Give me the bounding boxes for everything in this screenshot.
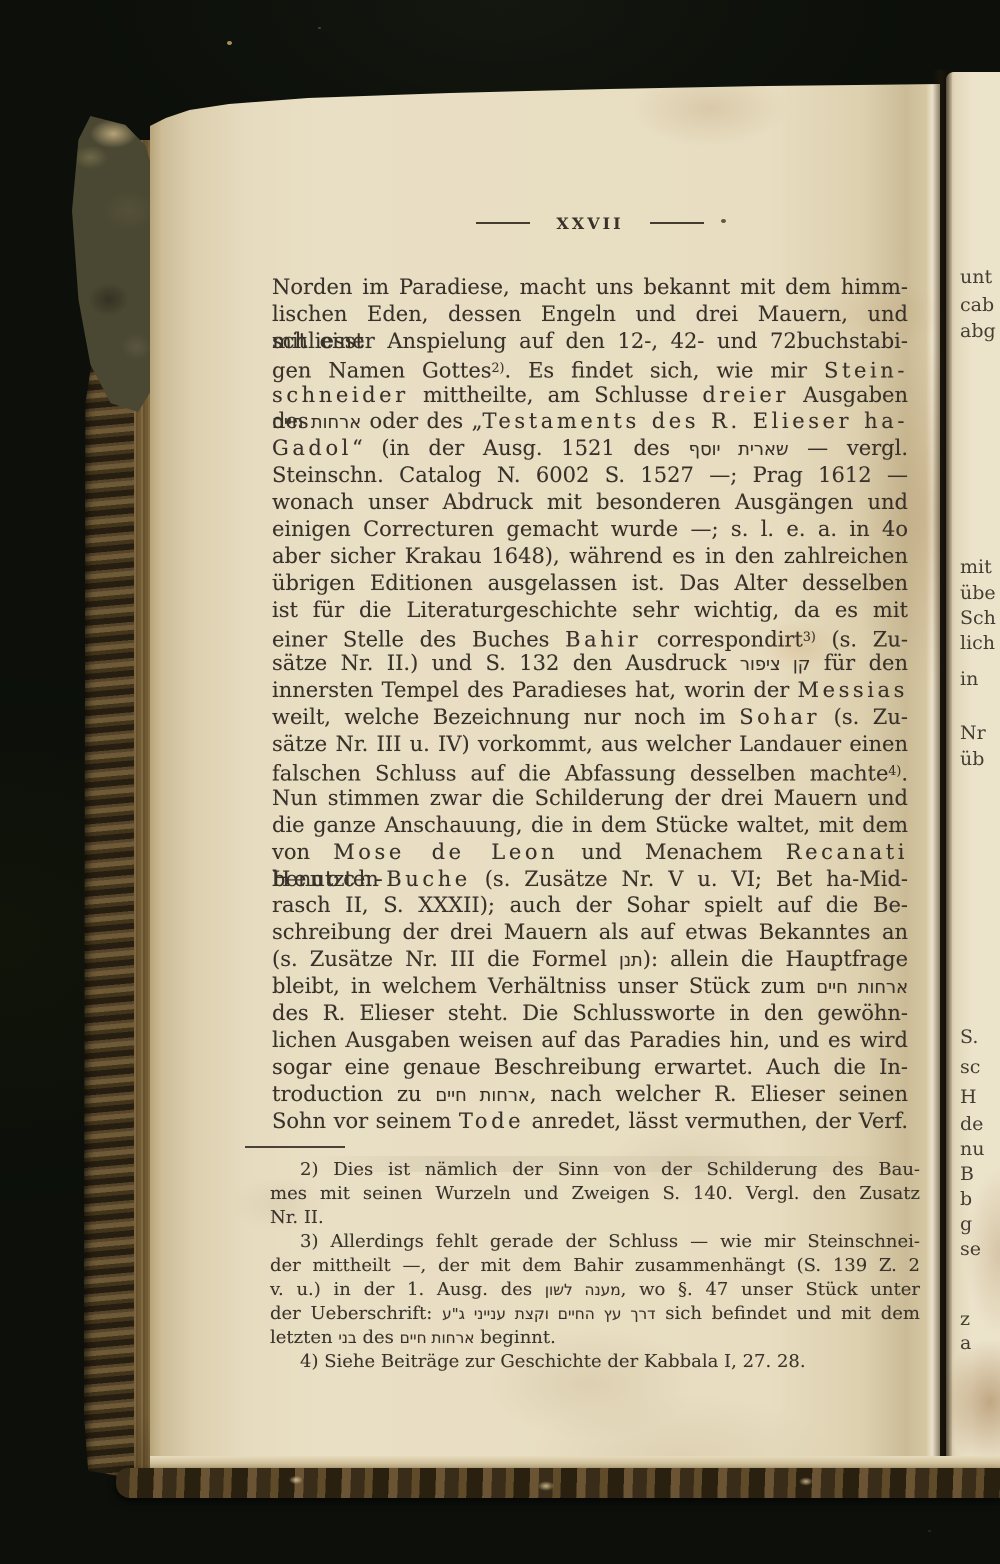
- text-line: aber sicher Krakau 1648), während es in …: [272, 543, 908, 570]
- hebrew-text: בני: [338, 1329, 356, 1347]
- adjacent-page-text-fragment: z: [960, 1308, 970, 1330]
- text-line: Gadol“ (in der Ausg. 1521 des שארית יוסף…: [272, 435, 908, 462]
- text-segment: der mittheilt —, der mit dem Bahir zusam…: [270, 1255, 920, 1276]
- text-segment: innersten Tempel des Paradieses hat, wor…: [272, 678, 798, 702]
- text-line: Henoch-Buche (s. Zusätze Nr. V u. VI; Be…: [272, 866, 908, 893]
- text-segment: schneider: [272, 383, 409, 407]
- adjacent-page-text-fragment: b: [960, 1188, 972, 1210]
- book-page: XXVII Norden im Paradiese, macht uns bek…: [150, 84, 940, 1468]
- text-segment: Mose de Leon: [333, 840, 558, 864]
- text-line: Nun stimmen zwar die Schilderung der dre…: [272, 785, 908, 812]
- text-segment: von: [272, 840, 333, 864]
- text-segment: . Es findet sich, wie mir: [504, 358, 824, 382]
- text-segment: oder des „: [361, 409, 482, 433]
- adjacent-page-text-fragment: se: [960, 1238, 981, 1260]
- text-line: mit einer Anspielung auf den 12-, 42- un…: [272, 328, 908, 355]
- text-segment: lichen Ausgaben weisen auf das Paradies …: [272, 1028, 908, 1052]
- page-gutter-shadow: [932, 70, 952, 1472]
- text-segment: der Ueberschrift:: [270, 1303, 442, 1324]
- text-line: einer Stelle des Buches Bahir correspond…: [272, 624, 908, 651]
- text-line: ist für die Literaturgeschichte sehr wic…: [272, 597, 908, 624]
- text-segment: einigen Correcturen gemacht wurde —; s. …: [272, 517, 908, 541]
- footnote-marker: 2): [492, 360, 505, 375]
- text-segment: .: [901, 762, 908, 786]
- hebrew-text: תנן: [619, 950, 643, 971]
- adjacent-page-sliver: untcababgmitübeSchlichinNrübS.scHdenuBbg…: [946, 72, 1000, 1472]
- text-line: die ganze Anschauung, die in dem Stücke …: [272, 812, 908, 839]
- text-line: einigen Correcturen gemacht wurde —; s. …: [272, 516, 908, 543]
- text-segment: 4) Siehe Beiträge zur Geschichte der Kab…: [300, 1351, 806, 1372]
- text-segment: sätze Nr. II.) und S. 132 den Ausdruck: [272, 651, 740, 675]
- page-number: XXVII: [556, 214, 623, 233]
- adjacent-page-text-fragment: H: [960, 1086, 977, 1108]
- text-line: weilt, welche Bezeichnung nur noch im So…: [272, 704, 908, 731]
- text-segment: Gadol: [272, 436, 352, 460]
- text-segment: für den: [810, 651, 908, 675]
- text-segment: ): allein die Hauptfrage: [643, 947, 908, 971]
- adjacent-page-text-fragment: nu: [960, 1138, 984, 1160]
- hebrew-text: ארחות חיים: [816, 977, 908, 998]
- adjacent-page-text-fragment: unt: [960, 266, 992, 288]
- text-segment: — vergl.: [789, 436, 908, 460]
- footnote-line: 2) Dies ist nämlich der Sinn von der Sch…: [270, 1158, 920, 1182]
- text-segment: sogar eine genaue Beschreibung erwartet.…: [272, 1055, 908, 1079]
- text-segment: Nun stimmen zwar die Schilderung der dre…: [272, 786, 908, 810]
- footnotes-block: 2) Dies ist nämlich der Sinn von der Sch…: [270, 1158, 920, 1374]
- text-segment: ist für die Literaturgeschichte sehr wic…: [272, 598, 908, 622]
- footnote-line: 3) Allerdings fehlt gerade der Schluss —…: [270, 1230, 920, 1254]
- text-segment: Steinschn. Catalog N. 6002 S. 1527 —; Pr…: [272, 463, 908, 487]
- text-segment: mittheilte, am Schlusse: [409, 383, 703, 407]
- text-segment: mes mit seinen Wurzeln und Zweigen S. 14…: [270, 1183, 920, 1204]
- text-segment: gen Namen Gottes: [272, 358, 492, 382]
- text-line: schneider mittheilte, am Schlusse dreier…: [272, 382, 908, 409]
- adjacent-page-text-fragment: S.: [960, 1026, 978, 1048]
- adjacent-page-text-fragment: abg: [960, 320, 996, 342]
- text-line: lischen Eden, dessen Engeln und drei Mau…: [272, 301, 908, 328]
- header-rule-right: [650, 222, 704, 224]
- adjacent-page-text-fragment: sc: [960, 1056, 980, 1078]
- text-line: sogar eine genaue Beschreibung erwartet.…: [272, 1054, 908, 1081]
- text-segment: sich befindet und mit dem: [656, 1303, 920, 1324]
- text-segment: anredet, lässt vermuthen, der Verf.: [524, 1109, 908, 1133]
- text-line: ארחות חיים oder des „Testaments des R. E…: [272, 408, 908, 435]
- adjacent-page-text-fragment: Nr: [960, 722, 986, 744]
- footnote-line: letzten בני des ארחות חיים beginnt.: [270, 1326, 920, 1350]
- text-line: des R. Elieser steht. Die Schlussworte i…: [272, 1000, 908, 1027]
- text-segment: (s. Zu-: [816, 627, 908, 651]
- text-line: falschen Schluss auf die Abfassung desse…: [272, 758, 908, 785]
- text-segment: des: [357, 1327, 400, 1348]
- footnote-line: der Ueberschrift: דרך עץ החיים וקצת עניי…: [270, 1302, 920, 1326]
- text-line: wonach unser Abdruck mit besonderen Ausg…: [272, 489, 908, 516]
- text-segment: rasch II, S. XXXII); auch der Sohar spie…: [272, 893, 908, 917]
- text-segment: Messias: [798, 678, 909, 702]
- adjacent-page-text-fragment: mit: [960, 556, 992, 578]
- adjacent-page-text-fragment: lich: [960, 632, 995, 654]
- page-header: XXVII: [272, 214, 908, 233]
- hebrew-text: מענה לשון: [545, 1281, 621, 1299]
- footnote-marker: 3): [803, 629, 816, 644]
- dust-speckles: [227, 41, 232, 45]
- text-line: gen Namen Gottes2). Es findet sich, wie …: [272, 355, 908, 382]
- scan-background: { "document": { "header": { "page_number…: [0, 0, 1000, 1564]
- adjacent-page-text-fragment: üb: [960, 748, 984, 770]
- text-segment: sätze Nr. III u. IV) vorkommt, aus welch…: [272, 732, 908, 756]
- text-segment: correspondirt: [641, 627, 803, 651]
- adjacent-page-text-fragment: in: [960, 668, 978, 690]
- text-segment: v. u.) in der 1. Ausg. des: [270, 1279, 545, 1300]
- text-line: (s. Zusätze Nr. III die Formel תנן): all…: [272, 946, 908, 973]
- hebrew-text: קן ציפור: [740, 654, 811, 675]
- hebrew-text: ארחות חיים: [400, 1329, 475, 1347]
- text-line: Sohn vor seinem Tode anredet, lässt verm…: [272, 1108, 908, 1135]
- footnote-line: mes mit seinen Wurzeln und Zweigen S. 14…: [270, 1182, 920, 1206]
- footnote-marker: 4): [888, 763, 901, 778]
- adjacent-page-text-fragment: übe: [960, 582, 996, 604]
- book-scan: untcababgmitübeSchlichinNrübS.scHdenuBbg…: [0, 0, 1000, 1564]
- text-segment: einer Stelle des Buches: [272, 627, 565, 651]
- text-segment: 3) Allerdings fehlt gerade der Schluss —…: [300, 1231, 920, 1252]
- footnote-line: v. u.) in der 1. Ausg. des מענה לשון, wo…: [270, 1278, 920, 1302]
- adjacent-page-text-fragment: B: [960, 1163, 974, 1185]
- hebrew-text: דרך עץ החיים וקצת ענייני ג"ע: [442, 1305, 655, 1323]
- text-line: sätze Nr. III u. IV) vorkommt, aus welch…: [272, 731, 908, 758]
- text-segment: Sohar: [739, 705, 820, 729]
- text-segment: dreier: [702, 383, 789, 407]
- footnote-line: 4) Siehe Beiträge zur Geschichte der Kab…: [270, 1350, 920, 1374]
- text-line: Steinschn. Catalog N. 6002 S. 1527 —; Pr…: [272, 462, 908, 489]
- text-segment: bleibt, in welchem Verhältniss unser Stü…: [272, 974, 816, 998]
- hebrew-text: ארחות חיים: [272, 412, 361, 433]
- text-line: troduction zu ארחות חיים, nach welcher R…: [272, 1081, 908, 1108]
- text-segment: mit einer Anspielung auf den 12-, 42- un…: [272, 329, 908, 353]
- footnote-separator-rule: [245, 1146, 345, 1148]
- text-segment: Tode: [459, 1109, 524, 1133]
- hebrew-text: ארחות חיים: [435, 1085, 530, 1106]
- main-text-block: Norden im Paradiese, macht uns bekannt m…: [272, 274, 908, 1135]
- text-line: rasch II, S. XXXII); auch der Sohar spie…: [272, 892, 908, 919]
- text-segment: Norden im Paradiese, macht uns bekannt m…: [272, 275, 908, 299]
- text-segment: Henoch-Buche: [272, 867, 471, 891]
- text-segment: falschen Schluss auf die Abfassung desse…: [272, 762, 888, 786]
- text-segment: Nr. II.: [270, 1207, 324, 1228]
- hebrew-text: שארית יוסף: [689, 439, 789, 460]
- text-segment: des R. Elieser steht. Die Schlussworte i…: [272, 1001, 908, 1025]
- text-segment: Recanati: [786, 840, 908, 864]
- text-segment: , nach welcher R. Elieser seinen: [530, 1082, 908, 1106]
- text-segment: (s. Zu-: [820, 705, 908, 729]
- text-segment: Testaments des R. Elieser ha-: [482, 409, 908, 433]
- text-segment: “ (in der Ausg. 1521 des: [352, 436, 689, 460]
- text-segment: 2) Dies ist nämlich der Sinn von der Sch…: [300, 1159, 920, 1180]
- adjacent-page-text-fragment: a: [960, 1332, 971, 1354]
- adjacent-page-text-fragment: Sch: [960, 607, 996, 629]
- text-segment: die ganze Anschauung, die in dem Stücke …: [272, 813, 908, 837]
- text-segment: beginnt.: [475, 1327, 556, 1348]
- text-line: innersten Tempel des Paradieses hat, wor…: [272, 677, 908, 704]
- footnote-line: Nr. II.: [270, 1206, 920, 1230]
- text-line: übrigen Editionen ausgelassen ist. Das A…: [272, 570, 908, 597]
- text-line: von Mose de Leon und Menachem Recanati b…: [272, 839, 908, 866]
- text-segment: schreibung der drei Mauern als auf etwas…: [272, 920, 908, 944]
- text-line: sätze Nr. II.) und S. 132 den Ausdruck ק…: [272, 650, 908, 677]
- text-segment: wonach unser Abdruck mit besonderen Ausg…: [272, 490, 908, 514]
- book-cover-bottom-edge: [116, 1468, 1000, 1498]
- text-segment: Stein-: [824, 358, 908, 382]
- text-segment: Sohn vor seinem: [272, 1109, 459, 1133]
- header-rule-left: [476, 222, 530, 224]
- text-segment: Bahir: [565, 627, 641, 651]
- footnote-line: der mittheilt —, der mit dem Bahir zusam…: [270, 1254, 920, 1278]
- text-segment: aber sicher Krakau 1648), während es in …: [272, 544, 908, 568]
- text-line: Norden im Paradiese, macht uns bekannt m…: [272, 274, 908, 301]
- text-segment: troduction zu: [272, 1082, 435, 1106]
- text-segment: (s. Zusätze Nr. III die Formel: [272, 947, 619, 971]
- ink-speck: [721, 219, 726, 223]
- adjacent-page-text-fragment: g: [960, 1213, 972, 1235]
- text-segment: übrigen Editionen ausgelassen ist. Das A…: [272, 571, 908, 595]
- text-segment: (s. Zusätze Nr. V u. VI; Bet ha-Mid-: [471, 867, 908, 891]
- text-line: bleibt, in welchem Verhältniss unser Stü…: [272, 973, 908, 1000]
- adjacent-page-text-fragment: cab: [960, 294, 994, 316]
- text-segment: , wo §. 47 unser Stück unter: [621, 1279, 920, 1300]
- adjacent-page-text-fragment: de: [960, 1113, 983, 1135]
- text-line: lichen Ausgaben weisen auf das Paradies …: [272, 1027, 908, 1054]
- text-line: schreibung der drei Mauern als auf etwas…: [272, 919, 908, 946]
- text-segment: und Menachem: [558, 840, 786, 864]
- text-segment: letzten: [270, 1327, 338, 1348]
- text-segment: weilt, welche Bezeichnung nur noch im: [272, 705, 739, 729]
